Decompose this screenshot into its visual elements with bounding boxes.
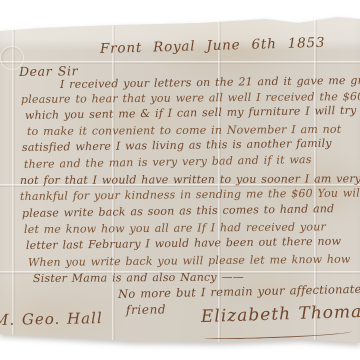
letter-paper: Front Royal June 6th 1853 Dear Sir I rec…: [0, 0, 360, 360]
letter-line: please write back as soon as this comes …: [22, 202, 335, 220]
letter-line: letter last February I would have been o…: [26, 235, 341, 252]
letter-line: there and the man is very very bad and i…: [24, 153, 312, 171]
letter-line: Sister Mama is and also Nancy ——: [33, 271, 244, 285]
letter-line: thankful for your kindness in sending me…: [20, 186, 360, 203]
letter-line: let me know how you all are If I had rec…: [24, 220, 326, 236]
letter-line: which you sent me & if I can sell my fur…: [25, 104, 357, 122]
salutation: Dear Sir: [19, 63, 78, 79]
closing-line: No more but I remain your affectionate: [118, 282, 360, 301]
letter-dateline: Front Royal June 6th 1853: [100, 35, 326, 57]
letter-line: to make it convenient to come in Novembe…: [27, 123, 341, 138]
signature-flourish-underline: [204, 329, 352, 340]
signature: Elizabeth Thomas: [201, 302, 360, 327]
letter-line: satisfied where I was living as this is …: [22, 137, 332, 154]
letter-line: When you write back you will please let …: [28, 253, 351, 269]
addressee-name: M. Geo. Hall: [0, 309, 103, 329]
letter-line: not for that I would have written to you…: [20, 172, 360, 187]
closing-line: friend: [126, 302, 166, 317]
letter-photograph: Front Royal June 6th 1853 Dear Sir I rec…: [0, 0, 360, 360]
paper-shadow-wrap: Front Royal June 6th 1853 Dear Sir I rec…: [0, 0, 360, 360]
